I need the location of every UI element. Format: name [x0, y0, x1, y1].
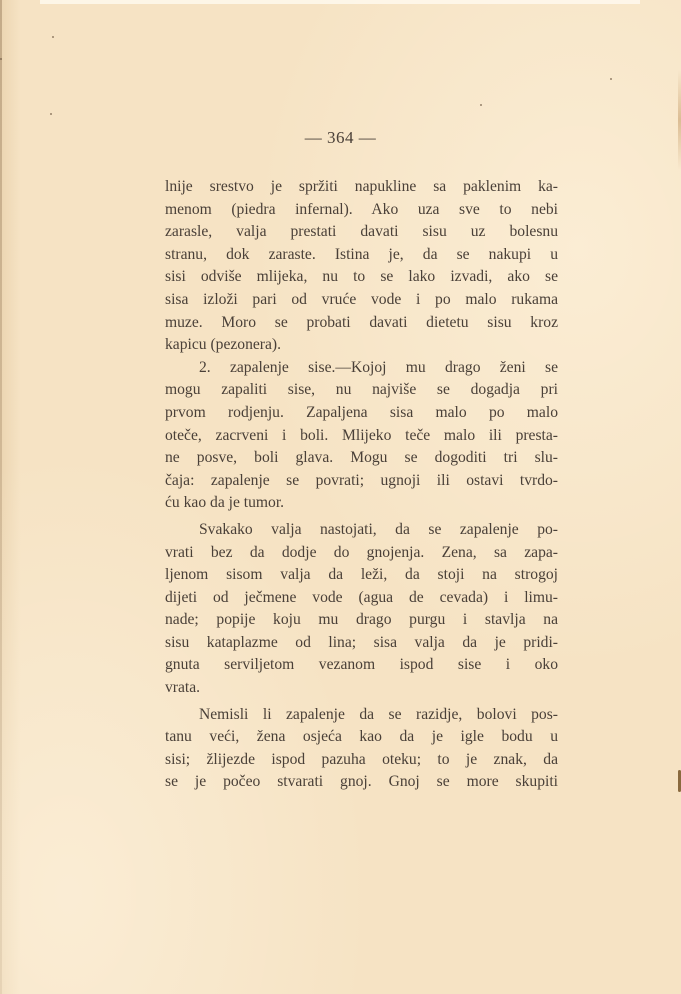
- paragraph-4: Nemisli li zapalenje da se razidje, bolo…: [165, 704, 558, 794]
- text-line: vrata.: [165, 677, 558, 700]
- text-line: gnuta serviljetom vezanom ispod sise i o…: [165, 654, 558, 677]
- text-line: tanu veći, žena osjeća kao da je igle bo…: [165, 726, 558, 749]
- text-line: lnije srestvo je spržiti napukline sa pa…: [165, 176, 558, 199]
- paper-speck: [610, 78, 612, 80]
- text-line: sisi odviše mlijeka, nu to se lako izvad…: [165, 266, 558, 289]
- text-line: oteče, zacrveni i boli. Mlijeko teče mal…: [165, 425, 558, 448]
- paragraph-3: Svakako valja nastojati, da se zapalenje…: [165, 519, 558, 700]
- text-line: čaja: zapalenje se povrati; ugnoji ili o…: [165, 470, 558, 493]
- page-left-edge-shadow: [0, 0, 2, 994]
- text-line: sisu kataplazme od lina; sisa valja da j…: [165, 632, 558, 655]
- page-number: — 364 —: [0, 128, 681, 148]
- page-top-edge: [40, 0, 640, 4]
- text-line: sisi; žlijezde ispod pazuha oteku; to je…: [165, 749, 558, 772]
- text-line: prvom rodjenju. Zapaljena sisa malo po m…: [165, 402, 558, 425]
- text-line: stranu, dok zaraste. Istina je, da se na…: [165, 244, 558, 267]
- text-line: Svakako valja nastojati, da se zapalenje…: [165, 519, 558, 542]
- text-line: nade; popije koju mu drago purgu i stavl…: [165, 609, 558, 632]
- text-line: muze. Moro se probati davati dietetu sis…: [165, 312, 558, 335]
- paper-speck: [480, 104, 482, 106]
- paragraph-1: lnije srestvo je spržiti napukline sa pa…: [165, 176, 558, 357]
- text-line: ljenom sisom valja da leži, da stoji na …: [165, 564, 558, 587]
- paper-speck: [52, 36, 54, 38]
- text-line: menom (piedra infernal). Ako uza sve to …: [165, 199, 558, 222]
- text-line: ću kao da je tumor.: [165, 492, 558, 515]
- text-line: mogu zapaliti sise, nu najviše se dogadj…: [165, 379, 558, 402]
- paper-speck: [50, 113, 52, 115]
- text-line: se je počeo stvarati gnoj. Gnoj se more …: [165, 771, 558, 794]
- text-line: sisa izloži pari od vruće vode i po malo…: [165, 289, 558, 312]
- text-line: 2. zapalenje sise.—Kojoj mu drago ženi s…: [165, 357, 558, 380]
- text-line: vrati bez da dodje do gnojenja. Zena, sa…: [165, 542, 558, 565]
- text-line: zarasle, valja prestati davati sisu uz b…: [165, 221, 558, 244]
- text-line: kapicu (pezonera).: [165, 334, 558, 357]
- text-line: ne posve, boli glava. Mogu se dogoditi t…: [165, 447, 558, 470]
- paragraph-2: 2. zapalenje sise.—Kojoj mu drago ženi s…: [165, 357, 558, 515]
- paper-speck: [0, 58, 2, 60]
- text-line: dijeti od ječmene vode (agua de cevada) …: [165, 587, 558, 610]
- text-line: Nemisli li zapalenje da se razidje, bolo…: [165, 704, 558, 727]
- body-text: lnije srestvo je spržiti napukline sa pa…: [165, 176, 558, 794]
